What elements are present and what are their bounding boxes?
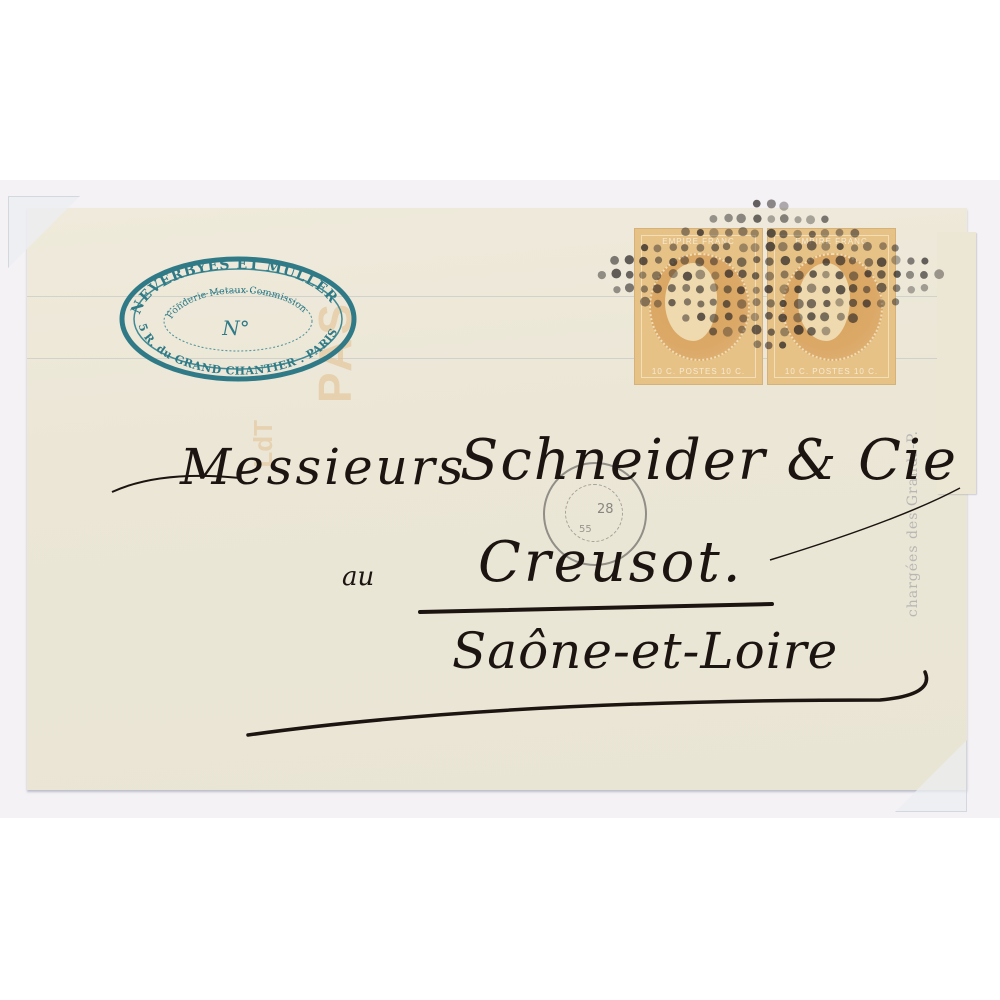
postage-stamp-left: EMPIRE FRANC 10 C. POSTES 10 C. — [634, 228, 763, 385]
oval-center-mark: N° — [221, 316, 250, 340]
stamp-bottom-label: 10 C. POSTES 10 C. — [768, 367, 895, 376]
address-city: Creusot. — [478, 530, 744, 595]
stamp-bottom-label: 10 C. POSTES 10 C. — [635, 367, 762, 376]
stamp-top-label: EMPIRE FRANC — [768, 237, 895, 246]
stamp-top-label: EMPIRE FRANC — [635, 237, 762, 246]
company-oval-handstamp: NEVERBYES ET MULLER Fonderie Metaux Comm… — [118, 255, 358, 383]
emperor-portrait — [665, 263, 717, 341]
address-salutation: Messieurs — [180, 438, 466, 496]
address-department: Saône-et-Loire — [452, 622, 838, 680]
address-recipient: Schneider & Cie — [460, 428, 958, 493]
address-preposition: au — [342, 562, 374, 592]
datestamp-day: 28 — [597, 502, 614, 517]
stamp-pair: EMPIRE FRANC 10 C. POSTES 10 C. EMPIRE F… — [634, 228, 894, 383]
emperor-portrait — [798, 263, 850, 341]
postage-stamp-right: EMPIRE FRANC 10 C. POSTES 10 C. — [767, 228, 896, 385]
